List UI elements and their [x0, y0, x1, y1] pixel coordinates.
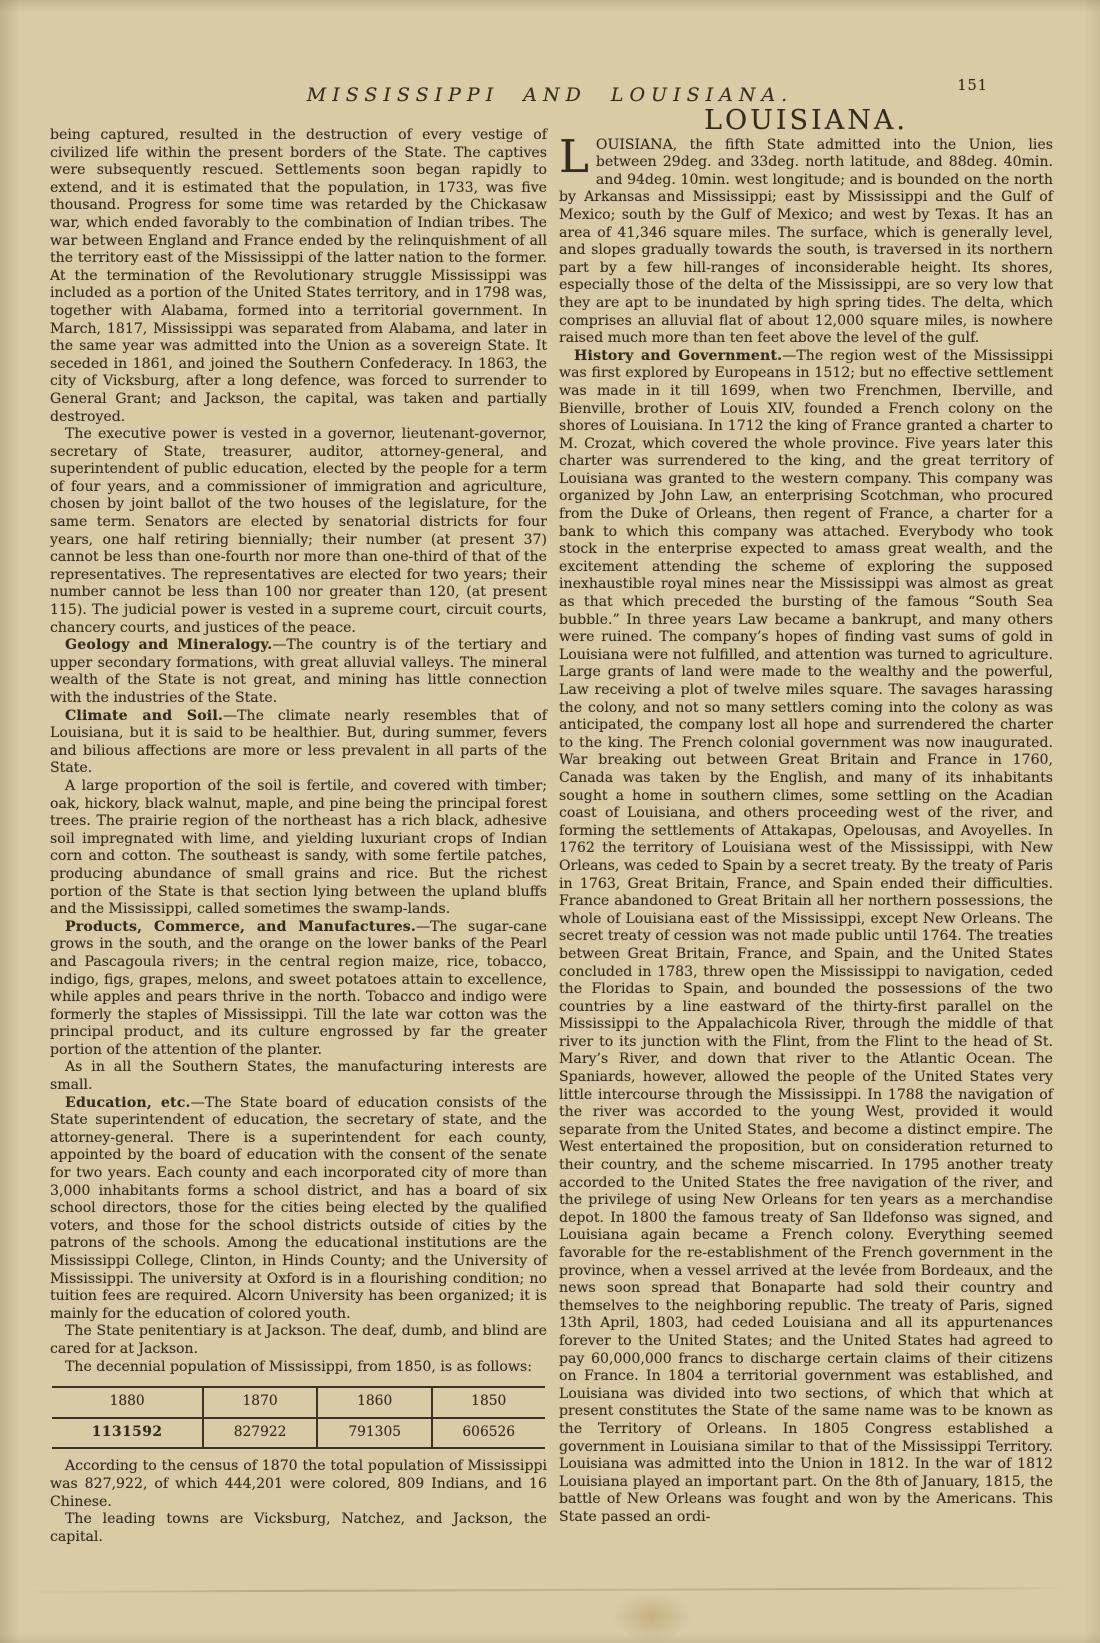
table-row: 1131592 827922 791305 606526 — [52, 1418, 544, 1449]
paragraph: being captured, resulted in the destruct… — [50, 127, 547, 426]
paragraph-text: As in all the Southern States, the manuf… — [50, 1059, 547, 1093]
population-table: 1880 1870 1860 1850 1131592 827922 79130… — [52, 1386, 544, 1449]
paragraph: Climate and Soil.—The climate nearly res… — [50, 708, 547, 778]
paragraph: Education, etc.—The State board of educa… — [50, 1095, 547, 1324]
paragraph: A large proportion of the soil is fertil… — [50, 778, 547, 919]
table-header-cell: 1870 — [203, 1387, 318, 1418]
paragraph-text: —The region west of the Mississippi was … — [559, 348, 1053, 1525]
paragraph-text: A large proportion of the soil is fertil… — [50, 778, 547, 917]
state-heading: LOUISIANA. — [559, 112, 1053, 130]
paragraph-text: being captured, resulted in the destruct… — [50, 127, 547, 425]
running-head: MISSISSIPPI AND LOUISIANA. — [50, 84, 1050, 106]
right-column: LOUISIANA. LOUISIANA, the fifth State ad… — [559, 112, 1053, 1527]
left-column: being captured, resulted in the destruct… — [50, 127, 547, 1546]
section-heading: Products, Commerce, and Manufactures. — [65, 919, 416, 935]
table-header-row: 1880 1870 1860 1850 — [52, 1387, 544, 1418]
paragraph-text: The decennial population of Mississippi,… — [65, 1359, 532, 1375]
table-value-cell: 827922 — [203, 1418, 318, 1449]
paragraph: The decennial population of Mississippi,… — [50, 1359, 547, 1377]
paragraph-text: According to the census of 1870 the tota… — [50, 1458, 547, 1509]
paragraph-text: The executive power is vested in a gover… — [50, 426, 547, 636]
paragraph: According to the census of 1870 the tota… — [50, 1458, 547, 1511]
table-header-cell: 1860 — [317, 1387, 432, 1418]
table-value-cell: 606526 — [432, 1418, 545, 1449]
paragraph-text: The leading towns are Vicksburg, Natchez… — [50, 1511, 547, 1545]
paragraph: The leading towns are Vicksburg, Natchez… — [50, 1511, 547, 1546]
book-page: { "header": { "running_head": "MISSISSIP… — [0, 0, 1100, 1643]
paragraph-text: —The State board of education consists o… — [50, 1095, 547, 1322]
section-heading: Geology and Mineralogy. — [65, 637, 272, 653]
section-heading: Education, etc. — [65, 1095, 191, 1111]
paragraph: LOUISIANA, the fifth State admitted into… — [559, 137, 1053, 348]
paragraph: Geology and Mineralogy.—The country is o… — [50, 637, 547, 707]
paragraph-text: —The sugar-cane grows in the south, and … — [50, 919, 547, 1058]
drop-cap: L — [559, 137, 596, 173]
paragraph: Products, Commerce, and Manufactures.—Th… — [50, 919, 547, 1060]
paragraph: History and Government.—The region west … — [559, 348, 1053, 1527]
page-number: 151 — [957, 78, 988, 94]
table-value-cell: 791305 — [317, 1418, 432, 1449]
scan-stain — [612, 1592, 692, 1642]
section-heading: Climate and Soil. — [65, 708, 223, 724]
table-value-cell: 1131592 — [52, 1418, 202, 1449]
table-header-cell: 1880 — [52, 1387, 202, 1418]
paragraph: The State penitentiary is at Jackson. Th… — [50, 1323, 547, 1358]
scan-crease — [18, 1587, 1074, 1593]
table-header-cell: 1850 — [432, 1387, 545, 1418]
paragraph: As in all the Southern States, the manuf… — [50, 1059, 547, 1094]
paragraph-text: The State penitentiary is at Jackson. Th… — [50, 1323, 547, 1357]
paragraph-text: OUISIANA, the fifth State admitted into … — [559, 137, 1053, 347]
section-heading: History and Government. — [574, 348, 782, 364]
paragraph: The executive power is vested in a gover… — [50, 426, 547, 637]
